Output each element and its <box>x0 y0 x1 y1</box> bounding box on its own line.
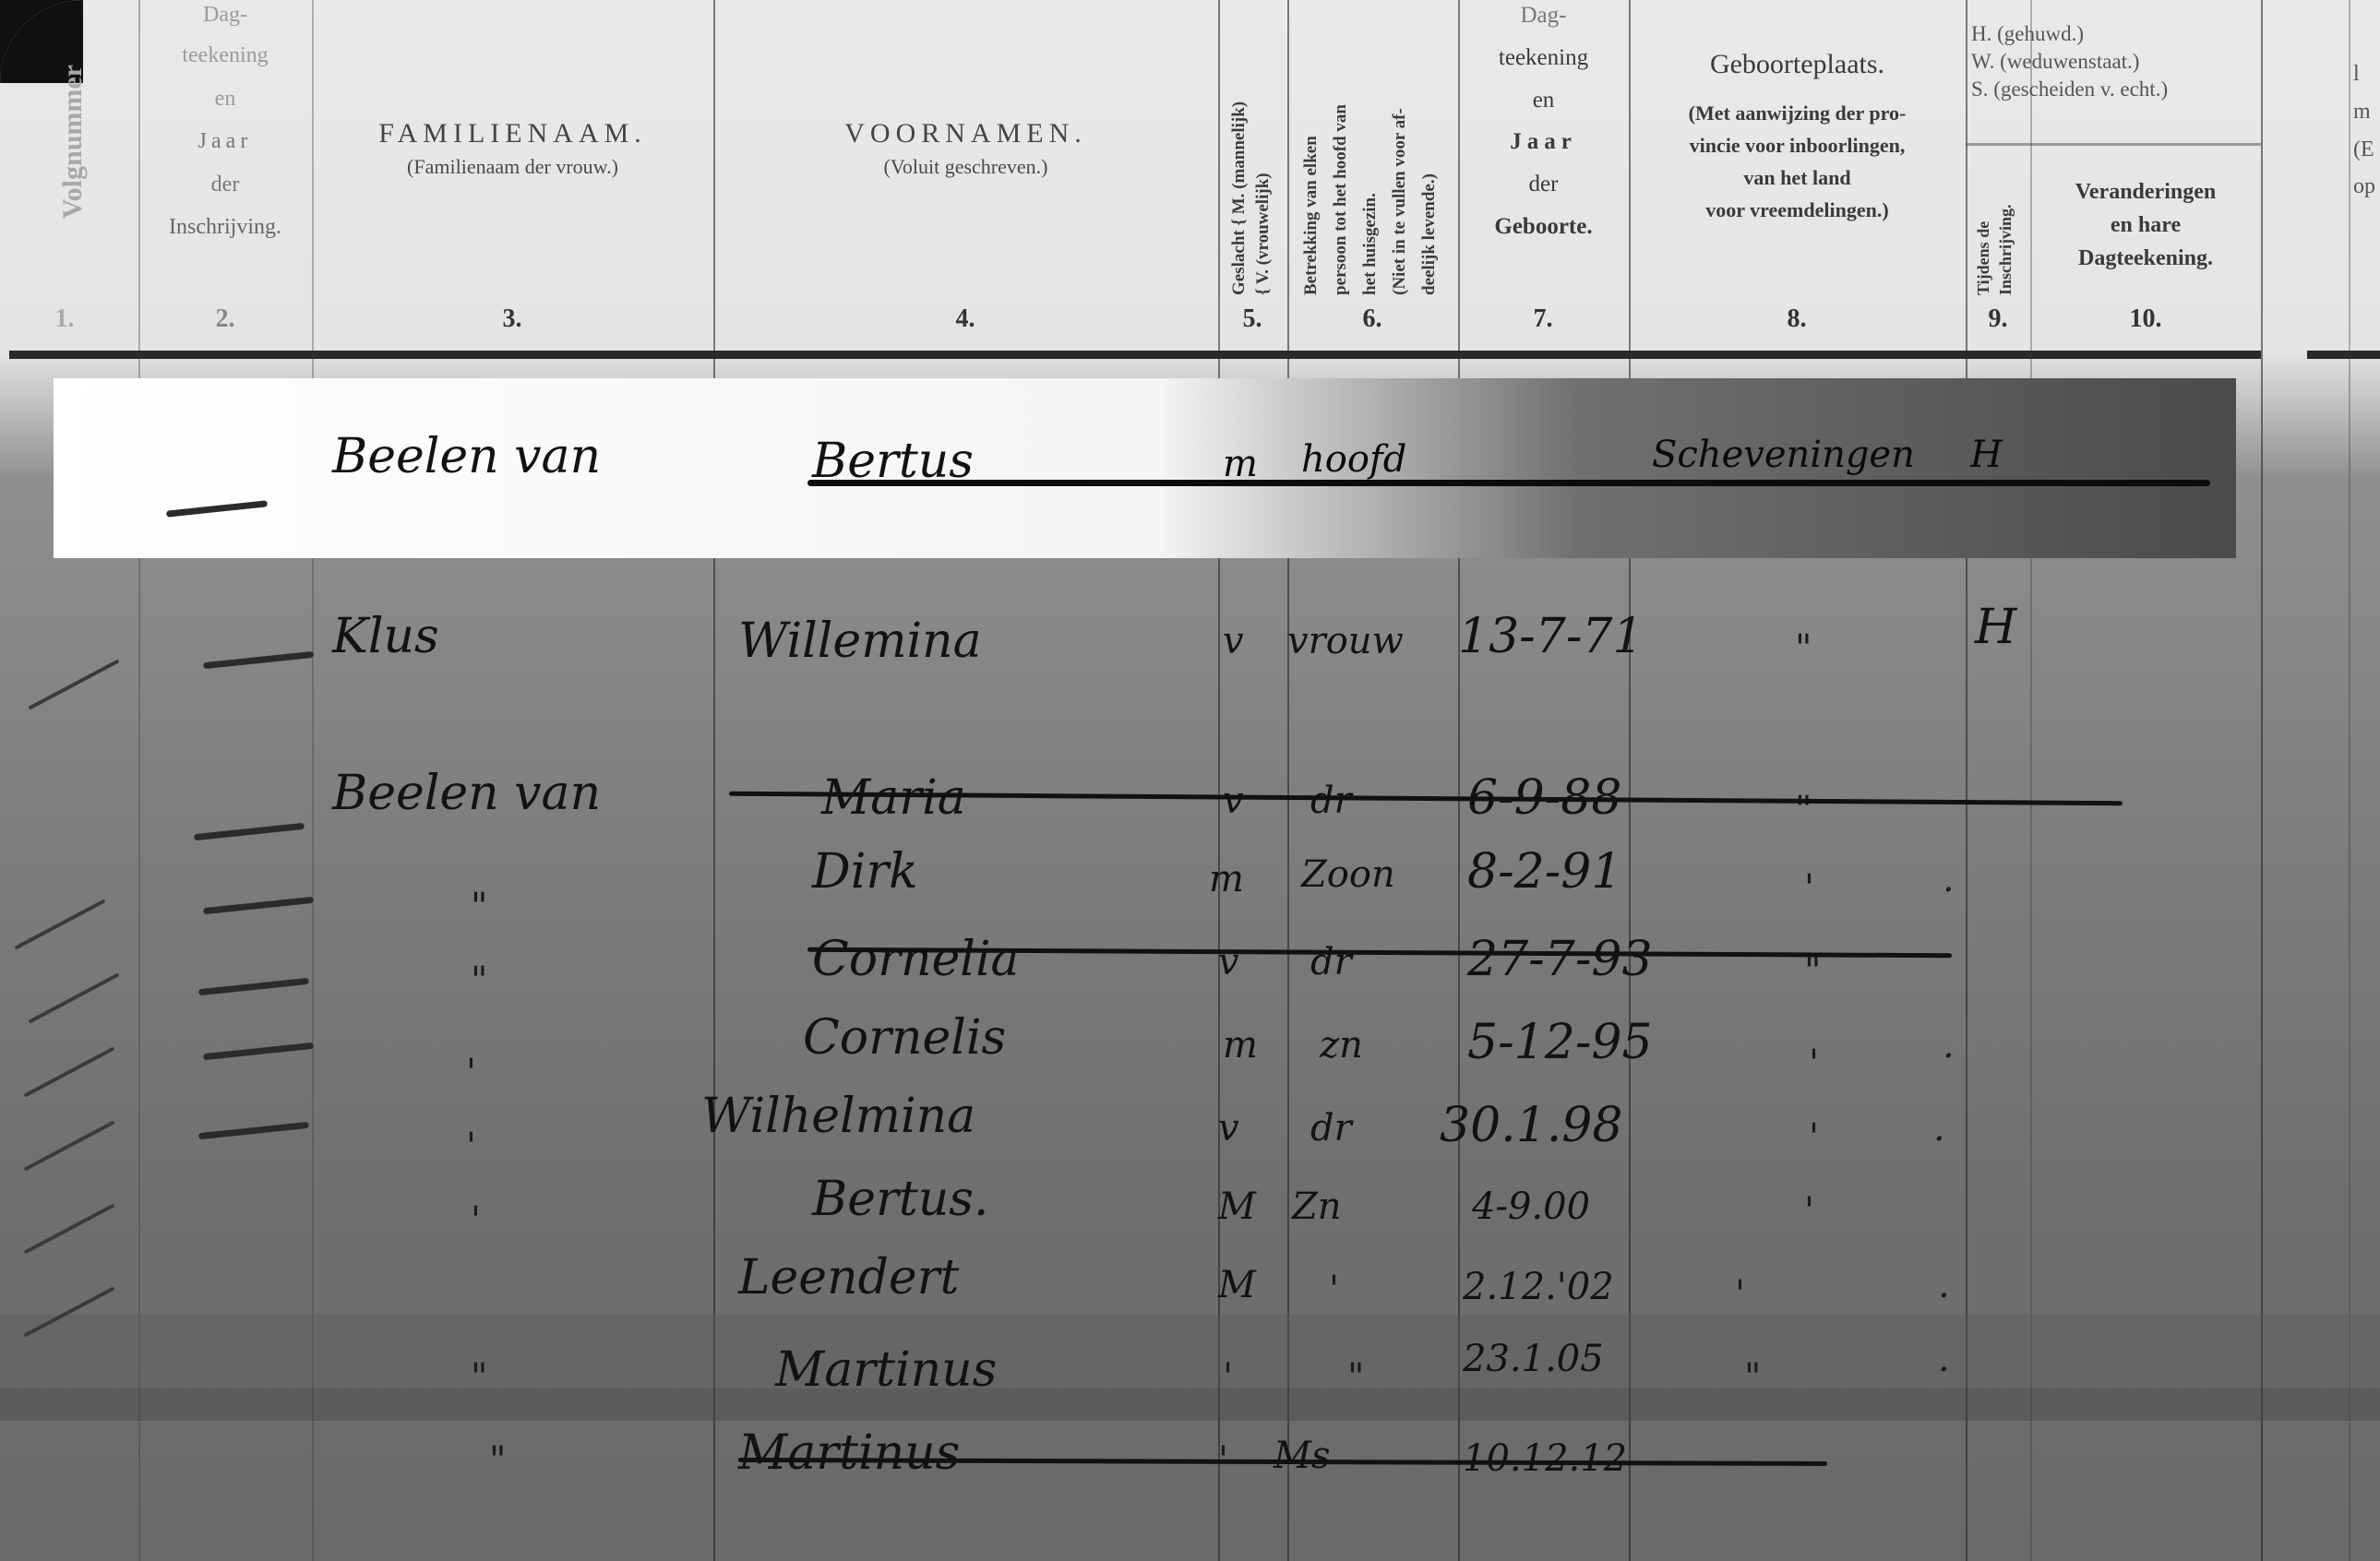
row7-familienaam: ' <box>466 1126 476 1168</box>
header-line: (E <box>2353 131 2375 169</box>
header-line: teekening <box>1458 42 1629 74</box>
header-right-fragment: l m (E op <box>2353 55 2375 206</box>
column-number: 6. <box>1363 304 1382 334</box>
row6-geslacht: m <box>1223 1024 1258 1066</box>
margin-tick <box>23 1046 114 1097</box>
column-number: 3. <box>503 304 522 334</box>
column-number: 5. <box>1243 304 1262 334</box>
row5-voornamen: Cornelia <box>812 932 1019 987</box>
column-number: 7. <box>1534 304 1553 334</box>
row8-betrekking: Zn <box>1292 1186 1342 1228</box>
header-line: en <box>1458 85 1629 116</box>
row7-voornamen: Wilhelmina <box>701 1089 975 1144</box>
row2-voornamen: Willemina <box>738 614 982 669</box>
header-col1: Volgnummer <box>57 65 89 219</box>
header-line: S. (gescheiden v. echt.) <box>1971 76 2257 103</box>
header-line: Betrekking van elken <box>1301 136 1321 295</box>
row4-geslacht: m <box>1209 858 1244 900</box>
entry-dash <box>198 978 309 996</box>
header-line: der <box>138 170 312 199</box>
row2-geslacht: v <box>1223 620 1244 662</box>
entry-dash <box>203 651 314 670</box>
scan-artifact-bar <box>0 1388 2380 1421</box>
header-line: persoon tot het hoofd van <box>1331 104 1350 295</box>
row10-geboorteplaats: " <box>1744 1356 1761 1399</box>
row7-geboorteplaats: ' <box>1809 1116 1819 1159</box>
row3-voornamen: Maria <box>821 770 966 826</box>
row8-geslacht: M <box>1218 1186 1256 1228</box>
row1-geboorteplaats: Scheveningen <box>1652 434 1915 476</box>
row5-familienaam: " <box>471 959 487 1002</box>
row9-betrekking: ' <box>1329 1269 1339 1311</box>
scan-artifact-bar <box>0 1315 2380 1388</box>
margin-tick <box>14 899 105 949</box>
header-line: Jaar <box>1458 126 1629 158</box>
header-line: { V. (vrouwelijk) <box>1253 173 1273 295</box>
column-number: 1. <box>55 304 75 334</box>
entry-dash <box>203 897 314 915</box>
header-col2: Dag- teekening en Jaar der Inschrijving. <box>138 0 312 242</box>
row4-voornamen: Dirk <box>812 844 918 900</box>
register-page: Volgnummer Dag- teekening en Jaar der In… <box>0 0 2380 1561</box>
header-title: FAMILIENAAM. <box>312 115 713 153</box>
header-line: l <box>2353 55 2375 93</box>
header-line: Inschrijving. <box>138 212 312 242</box>
header-group-9-10: H. (gehuwd.) W. (weduwenstaat.) S. (gesc… <box>1971 20 2257 103</box>
header-line: van het land <box>1629 161 1966 194</box>
row8-familienaam: ' <box>471 1199 481 1242</box>
row8-voornamen: Bertus. <box>812 1172 988 1227</box>
entry-dash <box>194 823 305 841</box>
header-line: (Met aanwijzing der pro- <box>1629 97 1966 129</box>
row10-geslacht: ' <box>1223 1356 1233 1399</box>
header-line: deelijk levende.) <box>1419 173 1439 295</box>
row10-staat: . <box>1938 1338 1950 1380</box>
header-line: Dagteekening. <box>2030 242 2261 275</box>
subheader-rule <box>1966 143 2261 146</box>
row1-betrekking: hoofd <box>1301 438 1406 481</box>
row11-voornamen: Martinus <box>738 1425 960 1481</box>
header-line: het huisgezin. <box>1360 193 1380 295</box>
header-col7: Dag- teekening en Jaar der Geboorte. <box>1458 0 1629 243</box>
row2-staat: H <box>1975 600 2016 655</box>
column-number: 9. <box>1989 304 2008 334</box>
header-line: (Niet in te vullen voor af- <box>1390 108 1409 295</box>
header-rule <box>9 351 2261 359</box>
header-col6: Betrekking van elken persoon tot het hoo… <box>1297 9 1444 295</box>
column-number: 2. <box>216 304 235 334</box>
margin-tick <box>23 1203 114 1254</box>
header-line: Jaar <box>138 126 312 156</box>
column-number: 4. <box>956 304 975 334</box>
header-line: H. (gehuwd.) <box>1971 20 2257 48</box>
header-line: en hare <box>2030 209 2261 242</box>
row10-geboorte: 23.1.05 <box>1463 1338 1604 1380</box>
header-col9: Tijdens de Inschrijving. <box>1972 157 2016 295</box>
row6-familienaam: ' <box>466 1052 476 1094</box>
row10-betrekking: " <box>1347 1356 1364 1399</box>
row2-familienaam: Klus <box>332 609 439 664</box>
header-line: op <box>2353 168 2375 206</box>
entry-dash <box>198 1122 309 1140</box>
header-line: Geboorte. <box>1458 211 1629 243</box>
row4-geboorte: 8-2-91 <box>1467 844 1621 900</box>
header-rule <box>2307 351 2380 359</box>
column-number: 8. <box>1788 304 1807 334</box>
row9-voornamen: Leendert <box>738 1250 959 1305</box>
row5-betrekking: dr <box>1310 941 1352 983</box>
row11-familienaam: " <box>489 1439 506 1482</box>
row3-familienaam: Beelen van <box>332 766 601 821</box>
header-subtitle: (Familienaam der vrouw.) <box>312 153 713 181</box>
row9-geboorteplaats: ' <box>1735 1273 1745 1316</box>
header-subtitle: (Met aanwijzing der pro- vincie voor inb… <box>1629 97 1966 227</box>
header-col10: Veranderingen en hare Dagteekening. <box>2030 175 2261 275</box>
row3-geslacht: v <box>1223 780 1244 822</box>
row1-staat: H <box>1970 434 2003 476</box>
row7-geslacht: v <box>1218 1107 1239 1150</box>
header-line: W. (weduwenstaat.) <box>1971 48 2257 76</box>
header-col3: FAMILIENAAM. (Familienaam der vrouw.) <box>312 115 713 180</box>
row9-geslacht: M <box>1218 1264 1256 1306</box>
row4-geboorteplaats: ' <box>1804 867 1814 910</box>
margin-tick <box>23 1120 114 1171</box>
row5-geboorte: 27-7-93 <box>1467 932 1653 987</box>
header-line: m <box>2353 93 2375 131</box>
header-title: VOORNAMEN. <box>713 115 1218 153</box>
column-number: 10. <box>2130 304 2162 334</box>
header-line: Dag- <box>138 0 312 30</box>
header-line: Geslacht { M. (mannelijk) <box>1229 101 1249 295</box>
row10-voornamen: Martinus <box>775 1342 997 1398</box>
row8-geboorteplaats: ' <box>1804 1190 1814 1233</box>
row6-geboorteplaats: ' <box>1809 1043 1819 1085</box>
header-line: voor vreemdelingen.) <box>1629 194 1966 226</box>
row5-geslacht: v <box>1218 941 1239 983</box>
row11-betrekking: Ms <box>1274 1435 1330 1477</box>
row4-betrekking: Zoon <box>1301 853 1395 896</box>
header-line: Tijdens de <box>1974 221 1992 295</box>
row1-strikethrough <box>807 480 2210 486</box>
margin-tick <box>28 972 119 1023</box>
header-title: Geboorteplaats. <box>1629 46 1966 84</box>
row11-geboorte: 10.12.12 <box>1463 1437 1627 1480</box>
header-line: en <box>138 84 312 113</box>
row2-geboorteplaats: " <box>1795 627 1812 670</box>
row2-geboorte: 13-7-71 <box>1458 609 1644 664</box>
row9-geboorte: 2.12.'02 <box>1463 1266 1614 1308</box>
row9-staat: . <box>1938 1264 1950 1306</box>
row10-familienaam: " <box>471 1356 487 1399</box>
row6-betrekking: zn <box>1320 1024 1363 1066</box>
row2-betrekking: vrouw <box>1287 620 1404 662</box>
header-line: Dag- <box>1458 0 1629 31</box>
row8-geboorte: 4-9.00 <box>1472 1186 1590 1228</box>
row6-geboorte: 5-12-95 <box>1467 1015 1653 1070</box>
row4-familienaam: " <box>471 886 487 928</box>
header-line: Veranderingen <box>2030 175 2261 209</box>
header-line: teekening <box>138 41 312 70</box>
margin-tick <box>28 659 119 709</box>
row1-familienaam: Beelen van <box>332 429 601 484</box>
row7-staat: . <box>1933 1107 1945 1150</box>
row6-voornamen: Cornelis <box>803 1010 1006 1066</box>
header-line: vincie voor inboorlingen, <box>1629 129 1966 161</box>
row6-staat: . <box>1943 1024 1955 1066</box>
row3-geboorteplaats: " <box>1795 789 1812 831</box>
entry-dash <box>203 1043 314 1061</box>
header-subtitle: (Voluit geschreven.) <box>713 153 1218 181</box>
row7-geboorte: 30.1.98 <box>1440 1098 1622 1153</box>
row3-betrekking: dr <box>1310 780 1352 822</box>
row4-staat: . <box>1943 858 1955 900</box>
header-col5: Geslacht { M. (mannelijk) { V. (vrouweli… <box>1227 9 1275 295</box>
header-col8: Geboorteplaats. (Met aanwijzing der pro-… <box>1629 46 1966 226</box>
header-line: Inschrijving. <box>1996 204 2015 295</box>
row7-betrekking: dr <box>1310 1107 1352 1150</box>
header-line: der <box>1458 169 1629 200</box>
header-col4: VOORNAMEN. (Voluit geschreven.) <box>713 115 1218 180</box>
